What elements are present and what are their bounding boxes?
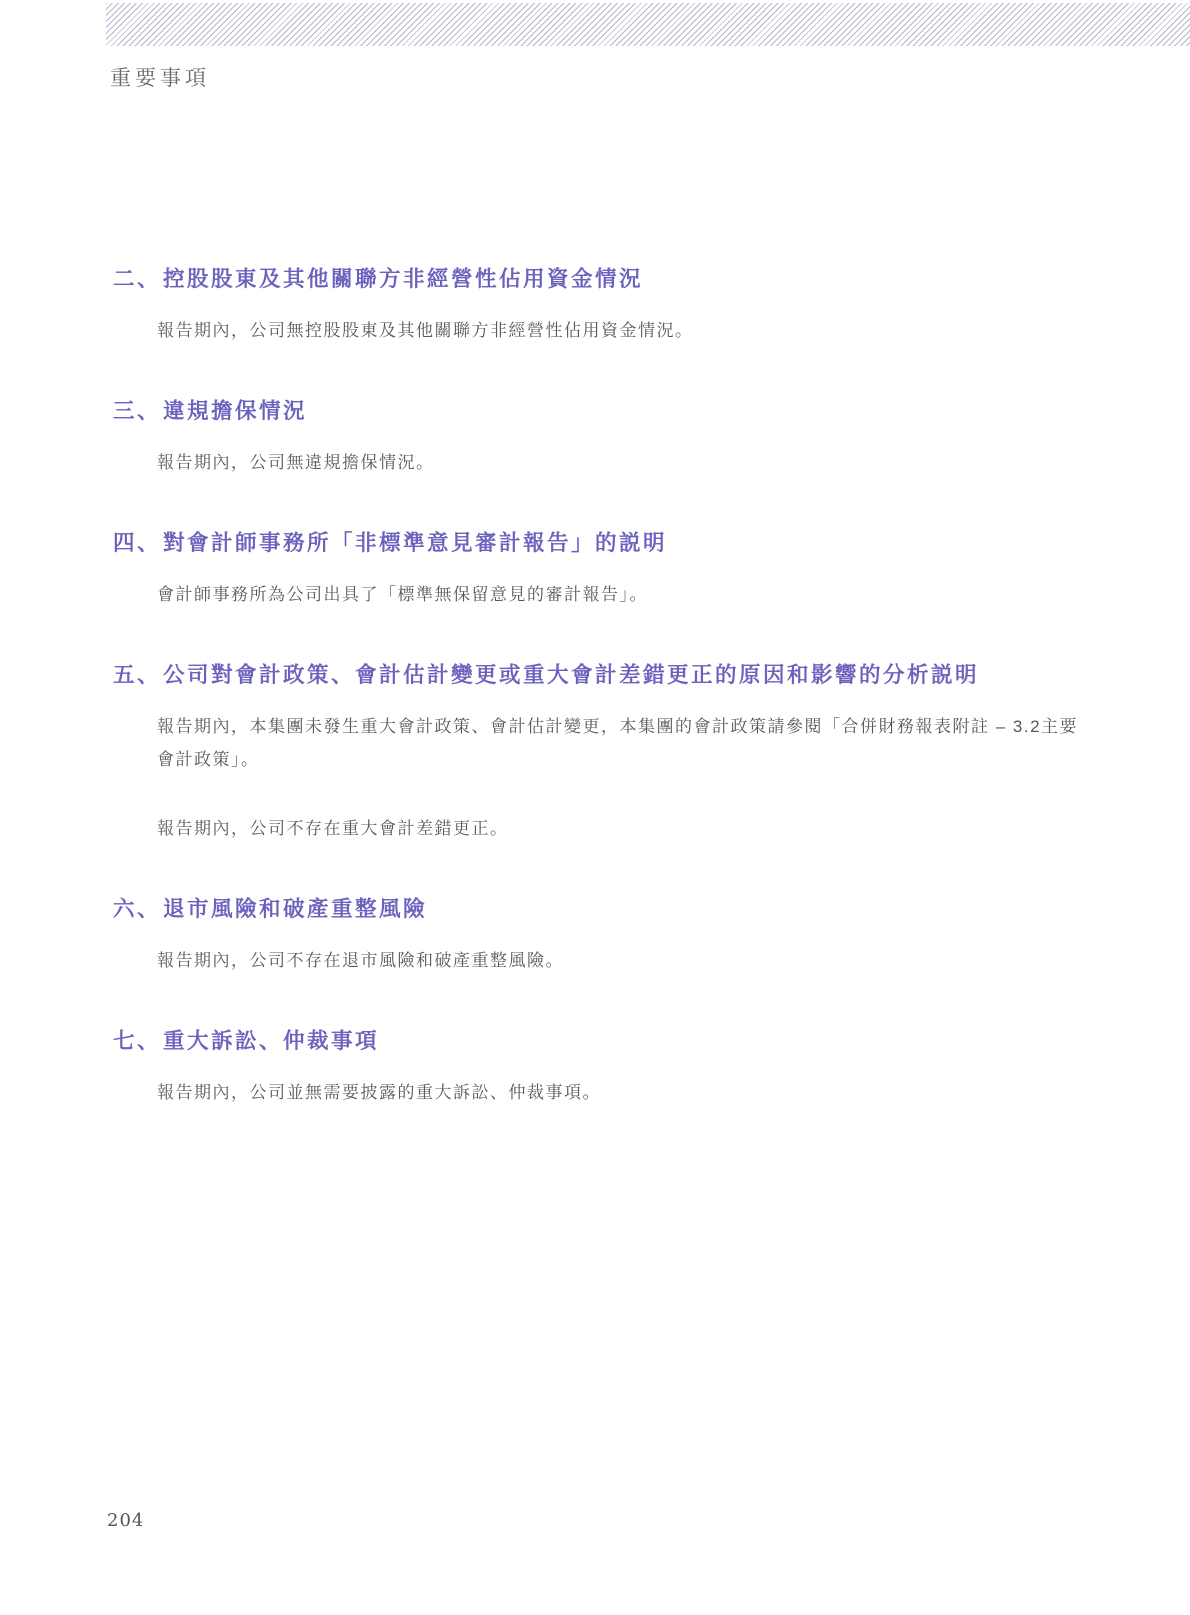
section-4: 四、對會計師事務所「非標準意見審計報告」的説明 會計師事務所為公司出具了「標準無…: [113, 530, 1100, 611]
page-number: 204: [107, 1510, 144, 1531]
section-number: 二、: [113, 267, 161, 291]
section-paragraph: 報告期內，公司不存在退市風險和破產重整風險。: [157, 944, 1095, 977]
chapter-header: 重要事項: [110, 62, 210, 92]
section-title: 控股股東及其他關聯方非經營性佔用資金情況: [163, 267, 643, 291]
section-title: 對會計師事務所「非標準意見審計報告」的説明: [163, 531, 667, 555]
section-2: 二、控股股東及其他關聯方非經營性佔用資金情況 報告期內，公司無控股股東及其他關聯…: [113, 266, 1100, 347]
document-page: 重要事項 二、控股股東及其他關聯方非經營性佔用資金情況 報告期內，公司無控股股東…: [0, 0, 1190, 1615]
section-paragraph: 報告期內，本集團未發生重大會計政策、會計估計變更，本集團的會計政策請參閱「合併財…: [157, 710, 1095, 776]
page-content: 二、控股股東及其他關聯方非經營性佔用資金情況 報告期內，公司無控股股東及其他關聯…: [113, 266, 1100, 1160]
section-paragraph: 會計師事務所為公司出具了「標準無保留意見的審計報告」。: [157, 578, 1095, 611]
section-title: 退市風險和破產重整風險: [163, 897, 427, 921]
section-3: 三、違規擔保情況 報告期內，公司無違規擔保情況。: [113, 398, 1100, 479]
section-heading: 二、控股股東及其他關聯方非經營性佔用資金情況: [113, 266, 1100, 293]
section-heading: 五、公司對會計政策、會計估計變更或重大會計差錯更正的原因和影響的分析説明: [113, 662, 1100, 689]
section-number: 七、: [113, 1029, 161, 1053]
section-heading: 七、重大訴訟、仲裁事項: [113, 1028, 1100, 1055]
section-number: 四、: [113, 531, 161, 555]
section-number: 五、: [113, 663, 161, 687]
section-paragraph: 報告期內，公司並無需要披露的重大訴訟、仲裁事項。: [157, 1076, 1095, 1109]
section-number: 三、: [113, 399, 161, 423]
section-title: 重大訴訟、仲裁事項: [163, 1029, 379, 1053]
section-paragraph: 報告期內，公司無違規擔保情況。: [157, 446, 1095, 479]
section-number: 六、: [113, 897, 161, 921]
section-paragraph: 報告期內，公司無控股股東及其他關聯方非經營性佔用資金情況。: [157, 314, 1095, 347]
section-paragraph: 報告期內，公司不存在重大會計差錯更正。: [157, 812, 1095, 845]
section-heading: 三、違規擔保情況: [113, 398, 1100, 425]
section-title: 公司對會計政策、會計估計變更或重大會計差錯更正的原因和影響的分析説明: [163, 663, 979, 687]
section-7: 七、重大訴訟、仲裁事項 報告期內，公司並無需要披露的重大訴訟、仲裁事項。: [113, 1028, 1100, 1109]
section-6: 六、退市風險和破產重整風險 報告期內，公司不存在退市風險和破產重整風險。: [113, 896, 1100, 977]
section-title: 違規擔保情況: [163, 399, 307, 423]
diagonal-hatch-band: [106, 3, 1190, 46]
section-heading: 四、對會計師事務所「非標準意見審計報告」的説明: [113, 530, 1100, 557]
section-5: 五、公司對會計政策、會計估計變更或重大會計差錯更正的原因和影響的分析説明 報告期…: [113, 662, 1100, 845]
section-heading: 六、退市風險和破產重整風險: [113, 896, 1100, 923]
